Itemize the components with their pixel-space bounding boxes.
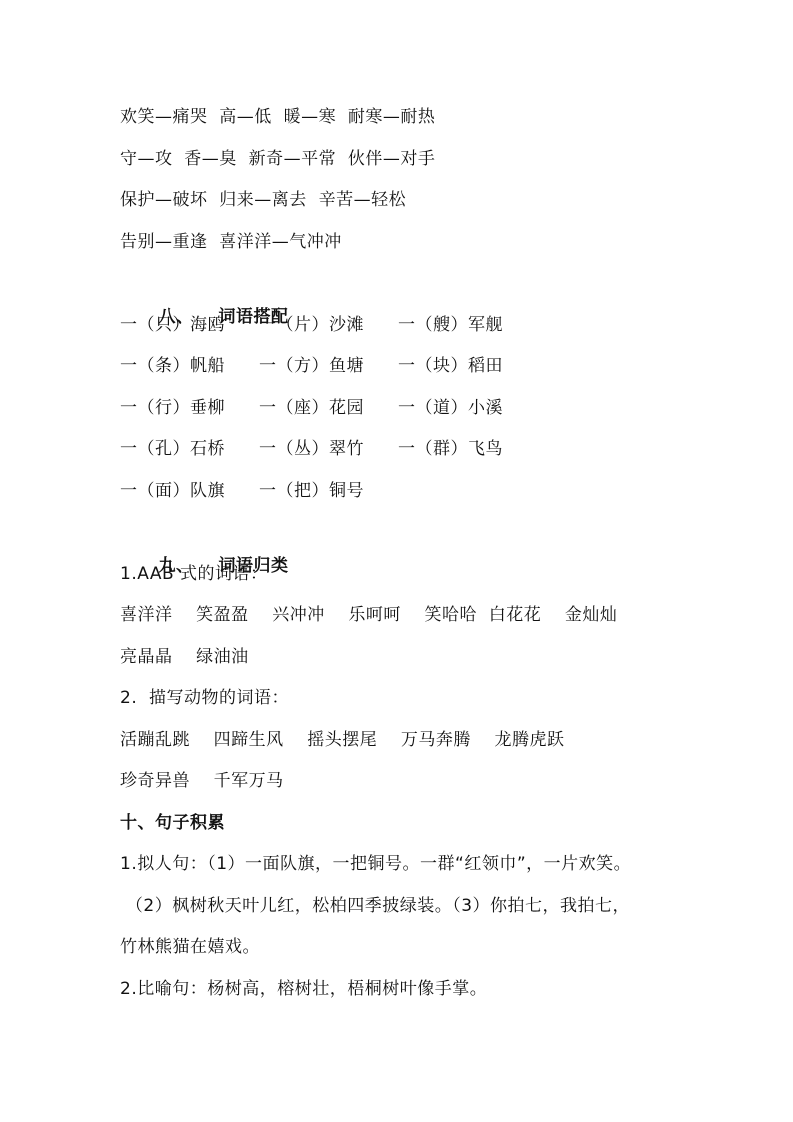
aab-words-line: 亮晶晶 绿油油 bbox=[120, 640, 680, 682]
document-page: 欢笑—痛哭 高—低 暖—寒 耐寒—耐热 守—攻 香—臭 新奇—平常 伙伴—对手 … bbox=[120, 100, 680, 1013]
measure-phrase: 一（丛）翠竹 bbox=[259, 432, 398, 474]
antonym-line: 守—攻 香—臭 新奇—平常 伙伴—对手 bbox=[120, 142, 680, 184]
measure-row: 一（孔）石桥 一（丛）翠竹 一（群）飞鸟 bbox=[120, 432, 680, 474]
measure-phrase: 一（片）沙滩 bbox=[259, 308, 398, 350]
measure-phrase: 一（行）垂柳 bbox=[120, 391, 259, 433]
section-heading: 八、词语搭配 bbox=[120, 266, 680, 308]
section-heading: 九、词语归类 bbox=[120, 515, 680, 557]
subsection-label-aab: 1.AAB 式的词语： bbox=[120, 557, 680, 599]
measure-phrase: 一（群）飞鸟 bbox=[398, 432, 537, 474]
section-word-classification: 九、词语归类 1.AAB 式的词语： 喜洋洋 笑盈盈 兴冲冲 乐呵呵 笑哈哈 白… bbox=[120, 515, 680, 806]
measure-row: 一（行）垂柳 一（座）花园 一（道）小溪 bbox=[120, 391, 680, 433]
section-word-matching: 八、词语搭配 一（只）海鸥 一（片）沙滩 一（艘）军舰 一（条）帆船 一（方）鱼… bbox=[120, 266, 680, 515]
subsection-label-animals: 2. 描写动物的词语： bbox=[120, 681, 680, 723]
measure-phrase: 一（孔）石桥 bbox=[120, 432, 259, 474]
measure-phrase: 一（把）铜号 bbox=[259, 474, 398, 516]
measure-row: 一（只）海鸥 一（片）沙滩 一（艘）军舰 bbox=[120, 308, 680, 350]
section-heading: 十、句子积累 bbox=[120, 806, 680, 848]
antonym-line: 保护—破坏 归来—离去 辛苦—轻松 bbox=[120, 183, 680, 225]
measure-phrase: 一（面）队旗 bbox=[120, 474, 259, 516]
animal-words-line: 珍奇异兽 千军万马 bbox=[120, 764, 680, 806]
measure-phrase: 一（条）帆船 bbox=[120, 349, 259, 391]
measure-row: 一（面）队旗 一（把）铜号 bbox=[120, 474, 680, 516]
measure-phrase: 一（座）花园 bbox=[259, 391, 398, 433]
animal-words-line: 活蹦乱跳 四蹄生风 摇头摆尾 万马奔腾 龙腾虎跃 bbox=[120, 723, 680, 765]
antonym-line: 告别—重逢 喜洋洋—气冲冲 bbox=[120, 225, 680, 267]
sentence-line: （2）枫树秋天叶儿红，松柏四季披绿装。（3）你拍七，我拍七， bbox=[120, 889, 680, 931]
measure-phrase: 一（只）海鸥 bbox=[120, 308, 259, 350]
measure-phrase: 一（艘）军舰 bbox=[398, 308, 537, 350]
antonym-list: 欢笑—痛哭 高—低 暖—寒 耐寒—耐热 守—攻 香—臭 新奇—平常 伙伴—对手 … bbox=[120, 100, 680, 266]
measure-phrase: 一（块）稻田 bbox=[398, 349, 537, 391]
antonym-line: 欢笑—痛哭 高—低 暖—寒 耐寒—耐热 bbox=[120, 100, 680, 142]
aab-words-line: 喜洋洋 笑盈盈 兴冲冲 乐呵呵 笑哈哈 白花花 金灿灿 bbox=[120, 598, 680, 640]
measure-phrase: 一（道）小溪 bbox=[398, 391, 537, 433]
measure-phrase: 一（方）鱼塘 bbox=[259, 349, 398, 391]
sentence-line: 2.比喻句：杨树高，榕树壮，梧桐树叶像手掌。 bbox=[120, 972, 680, 1014]
sentence-line: 竹林熊猫在嬉戏。 bbox=[120, 930, 680, 972]
measure-row: 一（条）帆船 一（方）鱼塘 一（块）稻田 bbox=[120, 349, 680, 391]
sentence-line: 1.拟人句：（1）一面队旗，一把铜号。一群“红领巾”，一片欢笑。 bbox=[120, 847, 680, 889]
section-sentence-accumulation: 十、句子积累 1.拟人句：（1）一面队旗，一把铜号。一群“红领巾”，一片欢笑。 … bbox=[120, 806, 680, 1014]
